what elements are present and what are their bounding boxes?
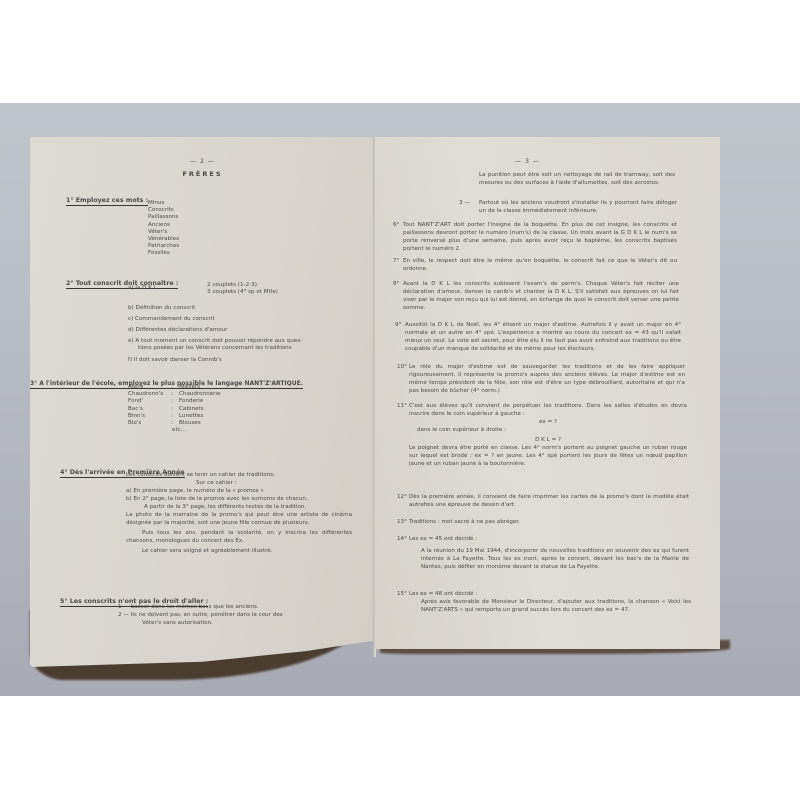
- word: Anciens: [148, 222, 179, 229]
- item-number: 15°: [397, 590, 407, 598]
- list-item: f) Il doit savoir danser la Connib's: [128, 356, 222, 364]
- item-number: 7°: [393, 257, 399, 265]
- list-item: 14° Les ex = 45 ont décidé : A la réunio…: [397, 535, 689, 571]
- list-item: 8° Avant la D K L les conscrits subissen…: [393, 280, 679, 312]
- list-item: b) Définition du conscrit: [128, 304, 195, 312]
- item-text: Avant la D K L les conscrits subissent l…: [403, 280, 679, 312]
- item-number: 9°: [395, 321, 401, 329]
- paragraph: La punition peut être soit un nettoyage …: [479, 171, 675, 187]
- section-4-body: Les conscrits doivent se tenir un cahier…: [126, 471, 352, 555]
- glossary-meaning: Ateliers: [179, 384, 200, 391]
- list-item: 10° Le rôle du major d'estime est de sau…: [397, 363, 685, 395]
- list-item: d) Différentes déclarations d'amour: [128, 326, 228, 334]
- glossary-term: Bac's: [128, 406, 171, 413]
- list-item: 7° En ville, le respect doit être le mêm…: [393, 257, 677, 273]
- glossary-term: Blo's: [128, 420, 171, 427]
- page-number: — 2 —: [30, 158, 375, 165]
- item-number: 3 —: [459, 199, 470, 207]
- section-1: 1° Employez ces mots :: [30, 187, 148, 206]
- list-item: c) Commandement du conscrit: [128, 315, 215, 323]
- word: Patriarches: [148, 243, 179, 250]
- paragraph-line: a) En première page, le numéro de la « p…: [126, 487, 352, 495]
- list-item: 6° Tout NANT'Z'ART doit porter l'insigne…: [393, 221, 677, 253]
- item-text: Aussitôt la D K L de Noël, les 4° élisen…: [405, 321, 681, 353]
- glossary-meaning: Fonderie: [179, 398, 203, 405]
- page-title: FRÈRES: [30, 170, 375, 178]
- item-number: 8°: [393, 280, 399, 288]
- list-item-detail: 2 couplets (1-2-3) 3 couplets (4° sp et …: [207, 282, 278, 296]
- word: Conscrits: [148, 207, 179, 214]
- formula: ex = ?: [409, 418, 687, 426]
- glossary-term: Chaudronn's: [128, 391, 171, 398]
- word: Minus: [148, 200, 179, 207]
- list-item: 11° C'est aux élèves qu'il convient de p…: [397, 402, 687, 468]
- word-list: Minus Conscrits Paillassons Anciens Véte…: [148, 200, 179, 258]
- section-5-body: 1 — bacser dans les mêmes bacs que les a…: [118, 603, 358, 627]
- page-number: — 3 —: [335, 158, 720, 165]
- item-number: 12°: [397, 493, 407, 501]
- paragraph-line: Le cahier sera soigné et agréablement il…: [126, 547, 352, 555]
- item-text: A la réunion du 19 Mai 1944, d'incorpore…: [421, 547, 689, 571]
- item-text: C'est aux élèves qu'il convient de perpé…: [409, 402, 687, 418]
- paragraph-line: b) En 2° page, la liste de la promos ave…: [126, 495, 352, 503]
- word: Paillassons: [148, 214, 179, 221]
- list-item: 9° Aussitôt la D K L de Noël, les 4° éli…: [395, 321, 681, 353]
- item-text: dans le coin supérieur à droite :: [417, 426, 687, 434]
- item-text: Le rôle du major d'estime est de sauvega…: [409, 363, 685, 395]
- word: Fossiles: [148, 250, 179, 257]
- glossary-meaning: Chaudronnerie: [179, 391, 220, 398]
- item-number: 6°: [393, 221, 399, 229]
- list-item: a) la D K L: [128, 284, 157, 292]
- item-text: Tout NANT'Z'ART doit porter l'insigne de…: [403, 221, 677, 253]
- detail-line: 2 couplets (1-2-3): [207, 282, 278, 289]
- glossary: Atel's:Ateliers Chaudronn's:Chaudronneri…: [128, 384, 220, 434]
- item-number: 14°: [397, 535, 407, 543]
- left-page: — 2 — FRÈRES 1° Employez ces mots : Minu…: [30, 137, 375, 667]
- glossary-term: Fond': [128, 398, 171, 405]
- item-text: Traditions : mot sacré à ne pas abréger.: [409, 518, 689, 526]
- list-item: tions posées par les Vétérans concernant…: [138, 344, 292, 352]
- item-text: En ville, le respect doit être le même q…: [403, 257, 677, 273]
- paragraph-line: La photo de la marraine de la promo's qu…: [126, 511, 352, 527]
- list-item: 13° Traditions : mot sacré à ne pas abré…: [397, 518, 689, 526]
- list-item: 3 — Partout où les anciens voudront s'in…: [459, 199, 677, 215]
- paragraph-line: Puis tous les ans, pendant la scolarité,…: [126, 529, 352, 545]
- word: Vénérables: [148, 236, 179, 243]
- paragraph-line: Véter's sans autorisation.: [118, 619, 358, 627]
- paragraph-line: Sur ce cahier :: [126, 479, 352, 487]
- detail-line: 3 couplets (4° sp et Mtle): [207, 289, 278, 296]
- list-item: 15° Les ex = 48 ont décidé : Après avis …: [397, 590, 691, 614]
- item-text: Partout où les anciens voudront s'instal…: [479, 199, 677, 215]
- item-number: 13°: [397, 518, 407, 526]
- glossary-term: Atel's: [128, 384, 171, 391]
- paragraph-line: A partir de la 3° page, les différents t…: [126, 503, 352, 511]
- item-number: 11°: [397, 402, 407, 410]
- section-heading: 2° Tout conscrit doit connaître :: [66, 280, 178, 289]
- item-text: Dès la première année, il convient de fa…: [409, 493, 689, 509]
- right-page: — 3 — La punition peut être soit un nett…: [375, 137, 720, 649]
- glossary-meaning: Cabinets: [179, 406, 204, 413]
- paragraph-line: Les conscrits doivent se tenir un cahier…: [126, 471, 352, 479]
- paragraph-line: 1 — bacser dans les mêmes bacs que les a…: [118, 603, 358, 611]
- glossary-meaning: Blouses: [179, 420, 201, 427]
- glossary-meaning: Lunettes: [179, 413, 203, 420]
- glossary-term: Binn's: [128, 413, 171, 420]
- item-number: 10°: [397, 363, 407, 371]
- word: Véter's: [148, 229, 179, 236]
- section-heading: 1° Employez ces mots :: [66, 197, 148, 206]
- item-text: Après avis favorable de Monsieur le Dire…: [421, 598, 691, 614]
- glossary-etc: etc...: [128, 427, 220, 434]
- list-item: 12° Dès la première année, il convient d…: [397, 493, 689, 509]
- paragraph-line: 2 — Ils ne doivent pas, en outre, pénétr…: [118, 611, 358, 619]
- formula: D K L = ?: [409, 436, 687, 444]
- item-text: Le poignet devra être porté en classe. L…: [409, 444, 687, 468]
- item-text: Les ex = 45 ont décidé :: [409, 535, 689, 543]
- item-text: Les ex = 48 ont décidé :: [409, 590, 691, 598]
